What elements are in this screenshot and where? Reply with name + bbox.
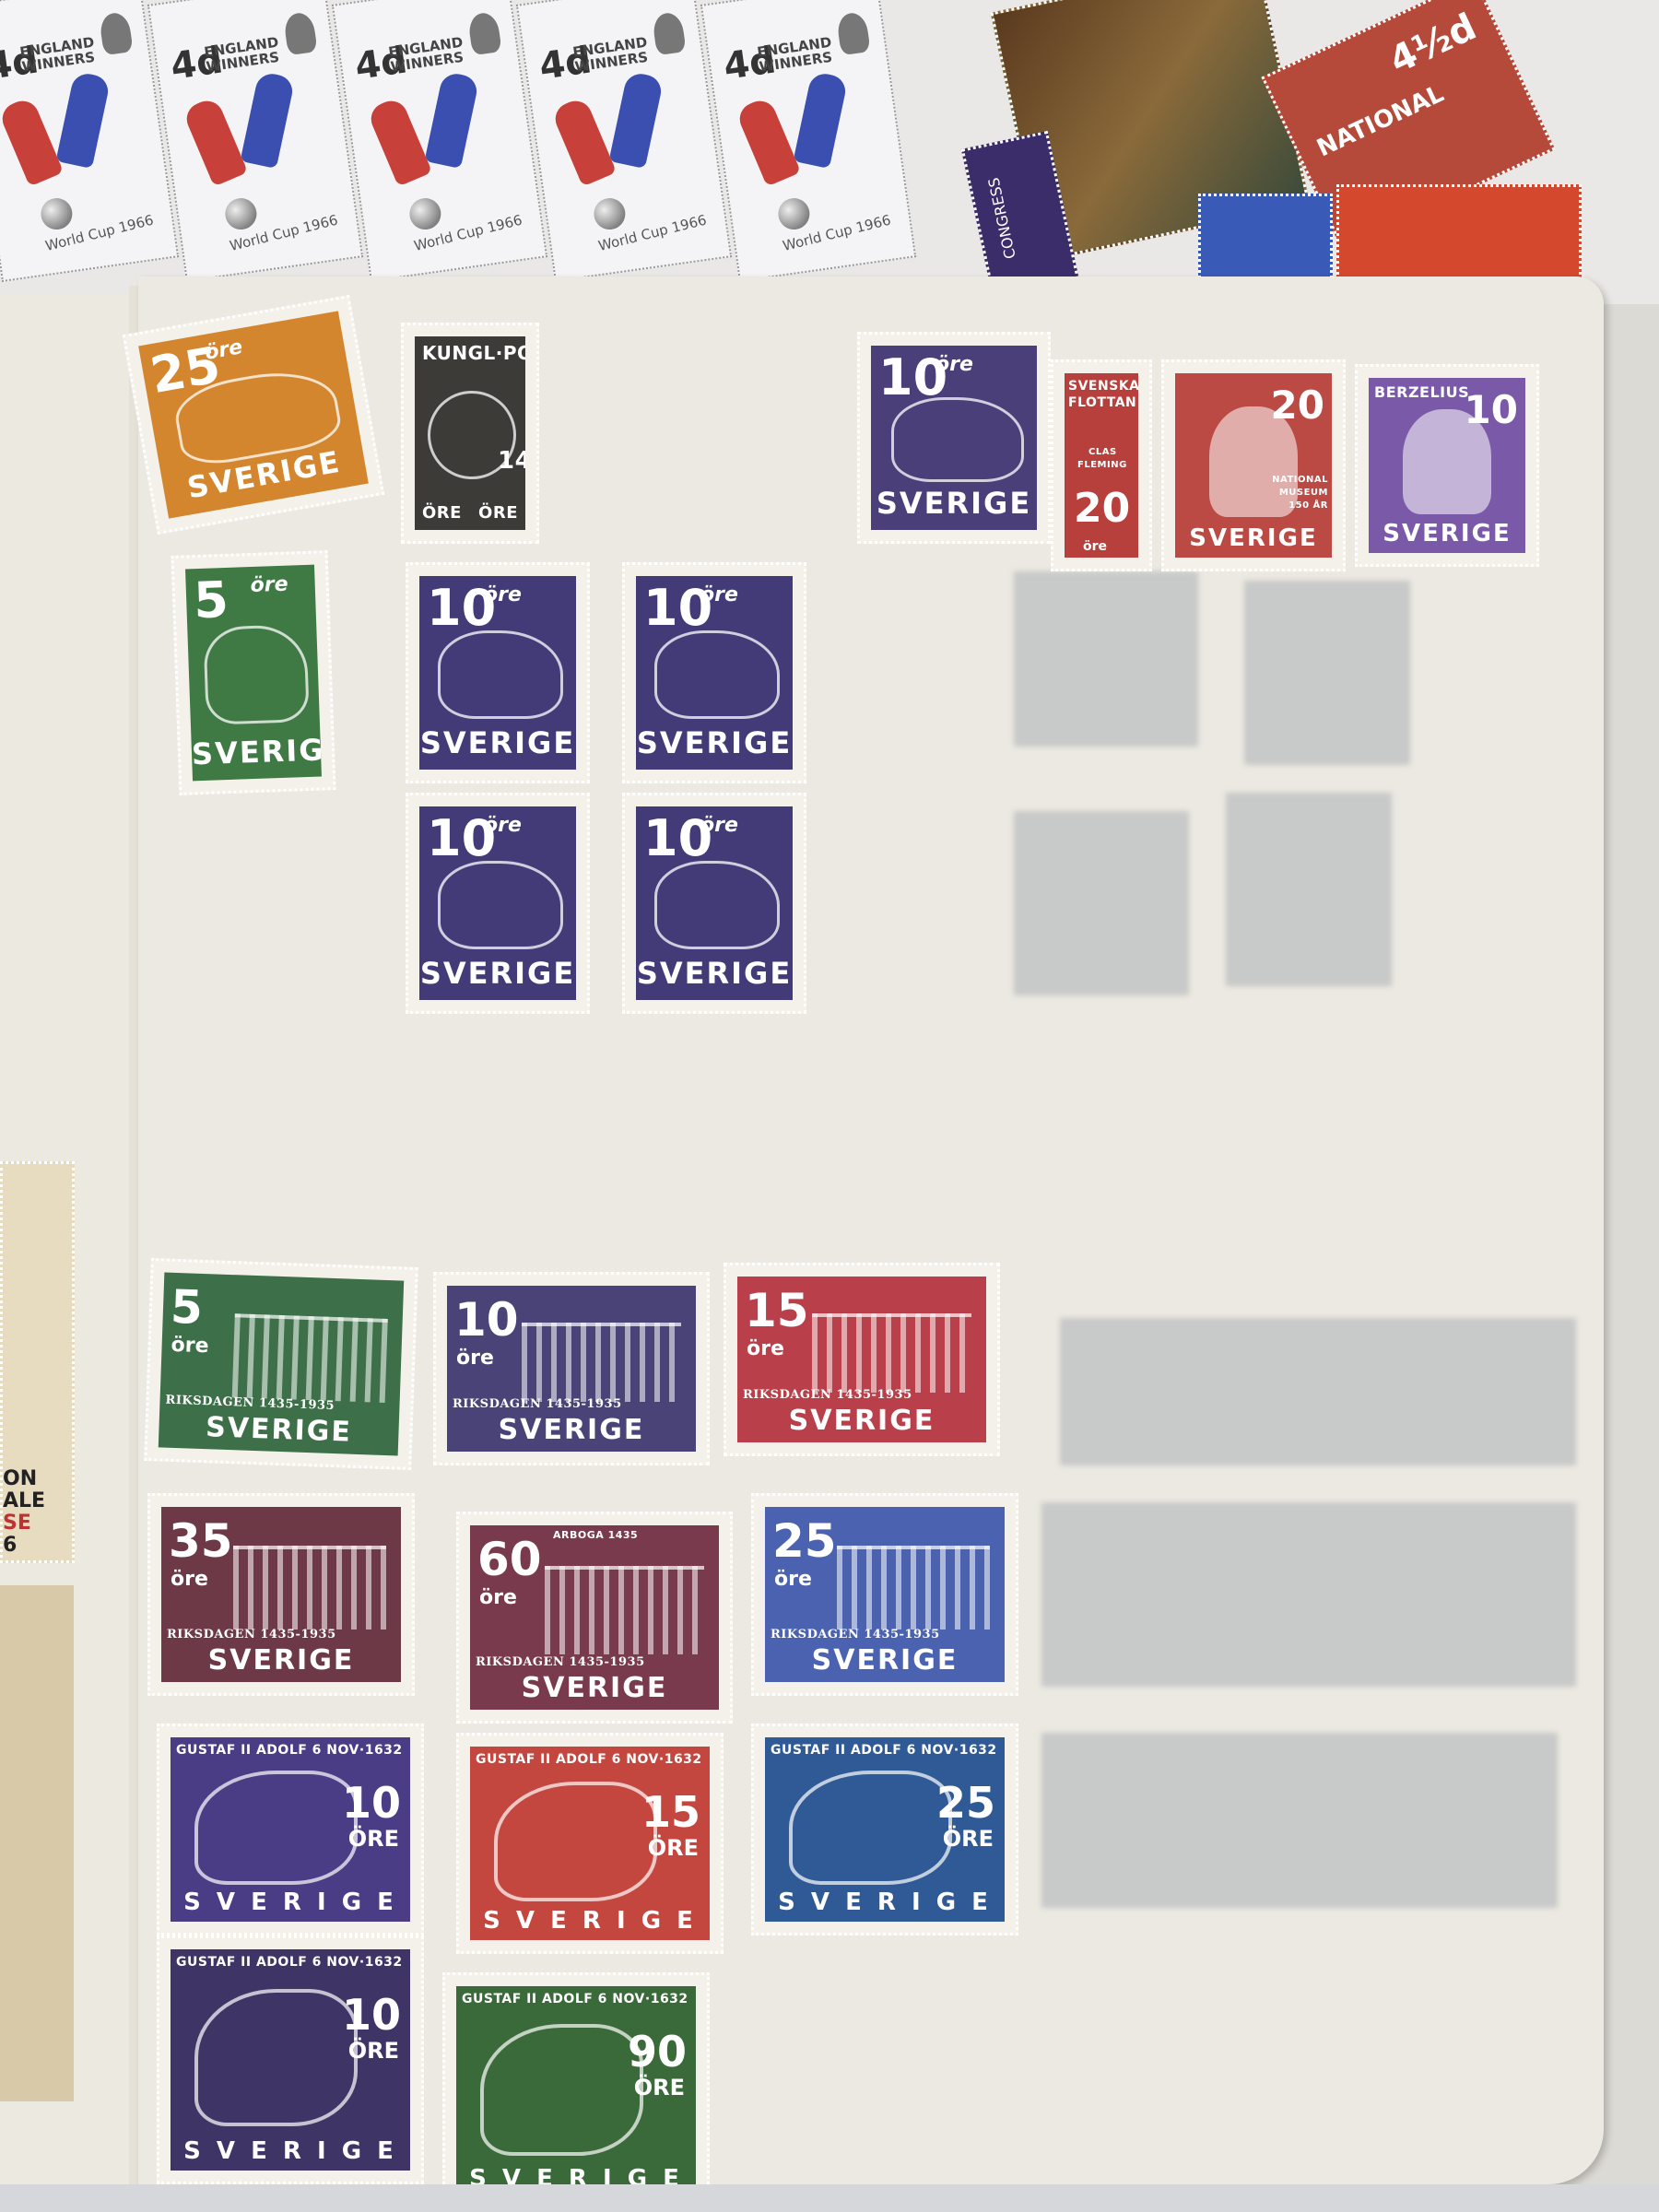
country: S V E R I G E: [171, 1888, 410, 1916]
country: SVERIGE: [765, 1644, 1005, 1677]
red-player: [0, 96, 64, 186]
text_line3: 150 ÅR: [1288, 500, 1328, 511]
country: SVERIGE: [737, 1405, 986, 1437]
unit: öre: [171, 1334, 209, 1358]
value: 5: [193, 575, 229, 626]
football-icon: [776, 196, 811, 231]
red-player: [366, 96, 432, 186]
world-cup-stamp: 4dENGLANDWINNERSWorld Cup 1966: [700, 0, 916, 282]
stamp-riksdag-10: 10öreRIKSDAGEN 1435-1935SVERIGE: [433, 1272, 710, 1465]
unit: ÖRE: [422, 503, 462, 523]
country: SVERIGE: [470, 1672, 719, 1704]
name_line1: CLAS: [1088, 447, 1117, 457]
stamp-lion-10-e: 10öreSVERIGE: [622, 793, 806, 1014]
unit: öre: [1083, 539, 1107, 554]
stamp-gustaf-10-a: GUSTAF II ADOLF 6 NOV·163210ÖRES V E R I…: [157, 1724, 424, 1935]
stamp-lion-10-b: 10öreSVERIGE: [406, 562, 590, 783]
lion-icon: [654, 630, 780, 720]
left-album-page: ON ALE SE 6: [0, 295, 132, 2194]
card-insert: [0, 1585, 74, 2101]
text_line2: MUSEUM: [1279, 488, 1328, 498]
stamp-lion-25: 25öreSVERIGE: [123, 295, 384, 535]
building-icon: [232, 1313, 388, 1403]
horsemen-icon: [789, 1771, 952, 1885]
country: SVERIGE: [871, 486, 1037, 521]
stamp-riksdag-5: 5öreRIKSDAGEN 1435-1935SVERIGE: [144, 1258, 418, 1470]
lion-icon: [654, 861, 780, 950]
unit: öre: [484, 814, 522, 837]
value: 10: [342, 1778, 401, 1828]
country: SVERIGE: [419, 725, 576, 760]
value: 90: [628, 2027, 687, 2077]
value: 10: [342, 1990, 401, 2040]
stamp-berzelius-10: BERZELIUS10SVERIGE: [1355, 364, 1539, 567]
unit: öre: [747, 1337, 784, 1360]
value: 25: [936, 1778, 995, 1828]
value: 10: [454, 1295, 519, 1345]
figures-icon: [545, 1566, 704, 1654]
stamp-riksdag-35: 35öreRIKSDAGEN 1435-1935SVERIGE: [147, 1493, 415, 1696]
table-surface: [0, 2184, 1659, 2212]
country: SVERIGE: [636, 725, 793, 760]
building-icon: [837, 1546, 990, 1630]
name_line2: FLEMING: [1077, 460, 1127, 470]
red-player: [182, 96, 248, 186]
value: 35: [169, 1516, 233, 1566]
stamp-lion-5: 5öreSVERIGE: [171, 550, 336, 795]
band: RIKSDAGEN 1435-1935: [771, 1628, 940, 1641]
horsemen-icon: [194, 1989, 358, 2126]
country: S V E R I G E: [765, 1888, 1005, 1916]
header: GUSTAF II ADOLF 6 NOV·1632: [462, 1992, 692, 2006]
stamp-lion-10-a: 10öreSVERIGE: [857, 332, 1051, 544]
country: SVERIGE: [1175, 524, 1332, 552]
header: GUSTAF II ADOLF 6 NOV·1632: [476, 1752, 706, 1767]
text_line1: NATIONAL: [1272, 475, 1328, 485]
football-icon: [39, 196, 74, 231]
header: GUSTAF II ADOLF 6 NOV·1632: [176, 1743, 406, 1758]
stamp-riksdag-15: 15öreRIKSDAGEN 1435-1935SVERIGE: [724, 1263, 1000, 1456]
red-player: [735, 96, 801, 186]
country: S V E R I G E: [171, 2137, 410, 2165]
album-page: 25öreSVERIGEKUNGL·POST·140ÖREÖRE10öreSVE…: [138, 276, 1604, 2184]
unit: ÖRE: [943, 1826, 994, 1852]
value: 15: [641, 1787, 700, 1837]
football-icon: [592, 196, 627, 231]
blue-player: [425, 71, 480, 169]
country: S V E R I G E: [470, 1907, 710, 1935]
lion-icon: [203, 624, 310, 725]
blue-player: [794, 71, 849, 169]
stamp-riksdag-25: 25öreRIKSDAGEN 1435-1935SVERIGE: [751, 1493, 1018, 1696]
header: ARBOGA 1435: [553, 1529, 638, 1541]
stamp-lion-10-d: 10öreSVERIGE: [406, 793, 590, 1014]
horsemen-icon: [480, 2024, 643, 2156]
unit: ÖRE: [348, 1826, 399, 1852]
unit: öre: [774, 1568, 812, 1591]
country: SVERIGE: [636, 956, 793, 991]
unit: öre: [204, 335, 245, 365]
country: SVERIGE: [191, 733, 321, 772]
unit: öre: [479, 1586, 517, 1609]
unit: ÖRE: [634, 2075, 685, 2100]
header_line1: SVENSKA: [1068, 379, 1138, 394]
unit: öre: [171, 1568, 208, 1591]
header: BERZELIUS: [1374, 383, 1469, 401]
football-icon: [223, 196, 258, 231]
band: RIKSDAGEN 1435-1935: [743, 1388, 912, 1402]
queen-head-icon: [467, 11, 502, 55]
band: RIKSDAGEN 1435-1935: [476, 1655, 645, 1669]
stamp-lion-10-c: 10öreSVERIGE: [622, 562, 806, 783]
stamp-gustaf-90: GUSTAF II ADOLF 6 NOV·163290ÖRES V E R I…: [442, 1972, 710, 2212]
value: 10: [1465, 385, 1518, 435]
band: RIKSDAGEN 1435-1935: [167, 1628, 336, 1641]
stamp-gustaf-15: GUSTAF II ADOLF 6 NOV·163215ÖRES V E R I…: [456, 1733, 724, 1954]
value: 20: [1074, 484, 1130, 534]
queen-head-icon: [836, 11, 871, 55]
queen-head-icon: [652, 11, 687, 55]
lion-icon: [438, 861, 563, 950]
unit: öre: [935, 353, 973, 376]
header_line2: FLOTTAN: [1068, 395, 1136, 410]
header: GUSTAF II ADOLF 6 NOV·1632: [176, 1955, 406, 1970]
horsemen-icon: [494, 1782, 657, 1901]
unit: ÖRE: [648, 1835, 699, 1861]
stamp-riksdag-60: ARBOGA 143560öreRIKSDAGEN 1435-1935SVERI…: [456, 1512, 733, 1724]
band: RIKSDAGEN 1435-1935: [453, 1397, 622, 1411]
unit: ÖRE: [348, 2038, 399, 2064]
football-icon: [407, 196, 442, 231]
country: SVERIGE: [159, 1409, 399, 1450]
country: SVERIGE: [161, 1644, 401, 1677]
horsemen-icon: [194, 1771, 358, 1885]
lion-icon: [891, 397, 1024, 482]
stamp-nationalmuseum-20: 20NATIONALMUSEUM150 ÅRSVERIGE: [1161, 359, 1346, 571]
country: SVERIGE: [419, 956, 576, 991]
unit-right: ÖRE: [478, 503, 518, 523]
queen-head-icon: [99, 11, 134, 55]
header: KUNGL·POST·: [422, 342, 518, 364]
stamp-flottan-20: SVENSKAFLOTTANCLASFLEMING20öre: [1051, 359, 1152, 571]
value: 60: [477, 1535, 542, 1584]
blue-player: [241, 71, 296, 169]
header: GUSTAF II ADOLF 6 NOV·1632: [771, 1743, 1001, 1758]
building-icon: [522, 1323, 681, 1402]
value: 25: [772, 1516, 837, 1566]
blue-player: [609, 71, 665, 169]
stamp-gustaf-25: GUSTAF II ADOLF 6 NOV·163225ÖRES V E R I…: [751, 1724, 1018, 1935]
partial-eagle-stamp: ON ALE SE 6: [0, 1161, 75, 1563]
stamp-posthorn-140: KUNGL·POST·140ÖREÖRE: [401, 323, 539, 544]
value: 20: [1271, 381, 1324, 430]
building-icon: [812, 1313, 971, 1393]
world-cup-stamp: 4dENGLANDWINNERSWorld Cup 1966: [147, 0, 363, 282]
world-cup-stamp: 4dENGLANDWINNERSWorld Cup 1966: [516, 0, 732, 282]
unit: öre: [250, 573, 288, 597]
unit: öre: [700, 583, 738, 606]
loose-stamp-heap: 4dENGLANDWINNERSWorld Cup 19664dENGLANDW…: [0, 0, 1659, 304]
value: 5: [170, 1282, 204, 1333]
lion-icon: [438, 630, 563, 720]
building-icon: [233, 1546, 386, 1630]
value: 15: [745, 1286, 809, 1335]
unit: öre: [484, 583, 522, 606]
stamp-gustaf-10-b: GUSTAF II ADOLF 6 NOV·163210ÖRES V E R I…: [157, 1935, 424, 2184]
blue-player: [56, 71, 112, 169]
world-cup-stamp: 4dENGLANDWINNERSWorld Cup 1966: [332, 0, 547, 282]
unit: öre: [700, 814, 738, 837]
country: SVERIGE: [447, 1414, 696, 1446]
red-player: [550, 96, 617, 186]
queen-head-icon: [283, 11, 318, 55]
unit: öre: [456, 1347, 494, 1370]
country: SVERIGE: [1369, 520, 1525, 547]
